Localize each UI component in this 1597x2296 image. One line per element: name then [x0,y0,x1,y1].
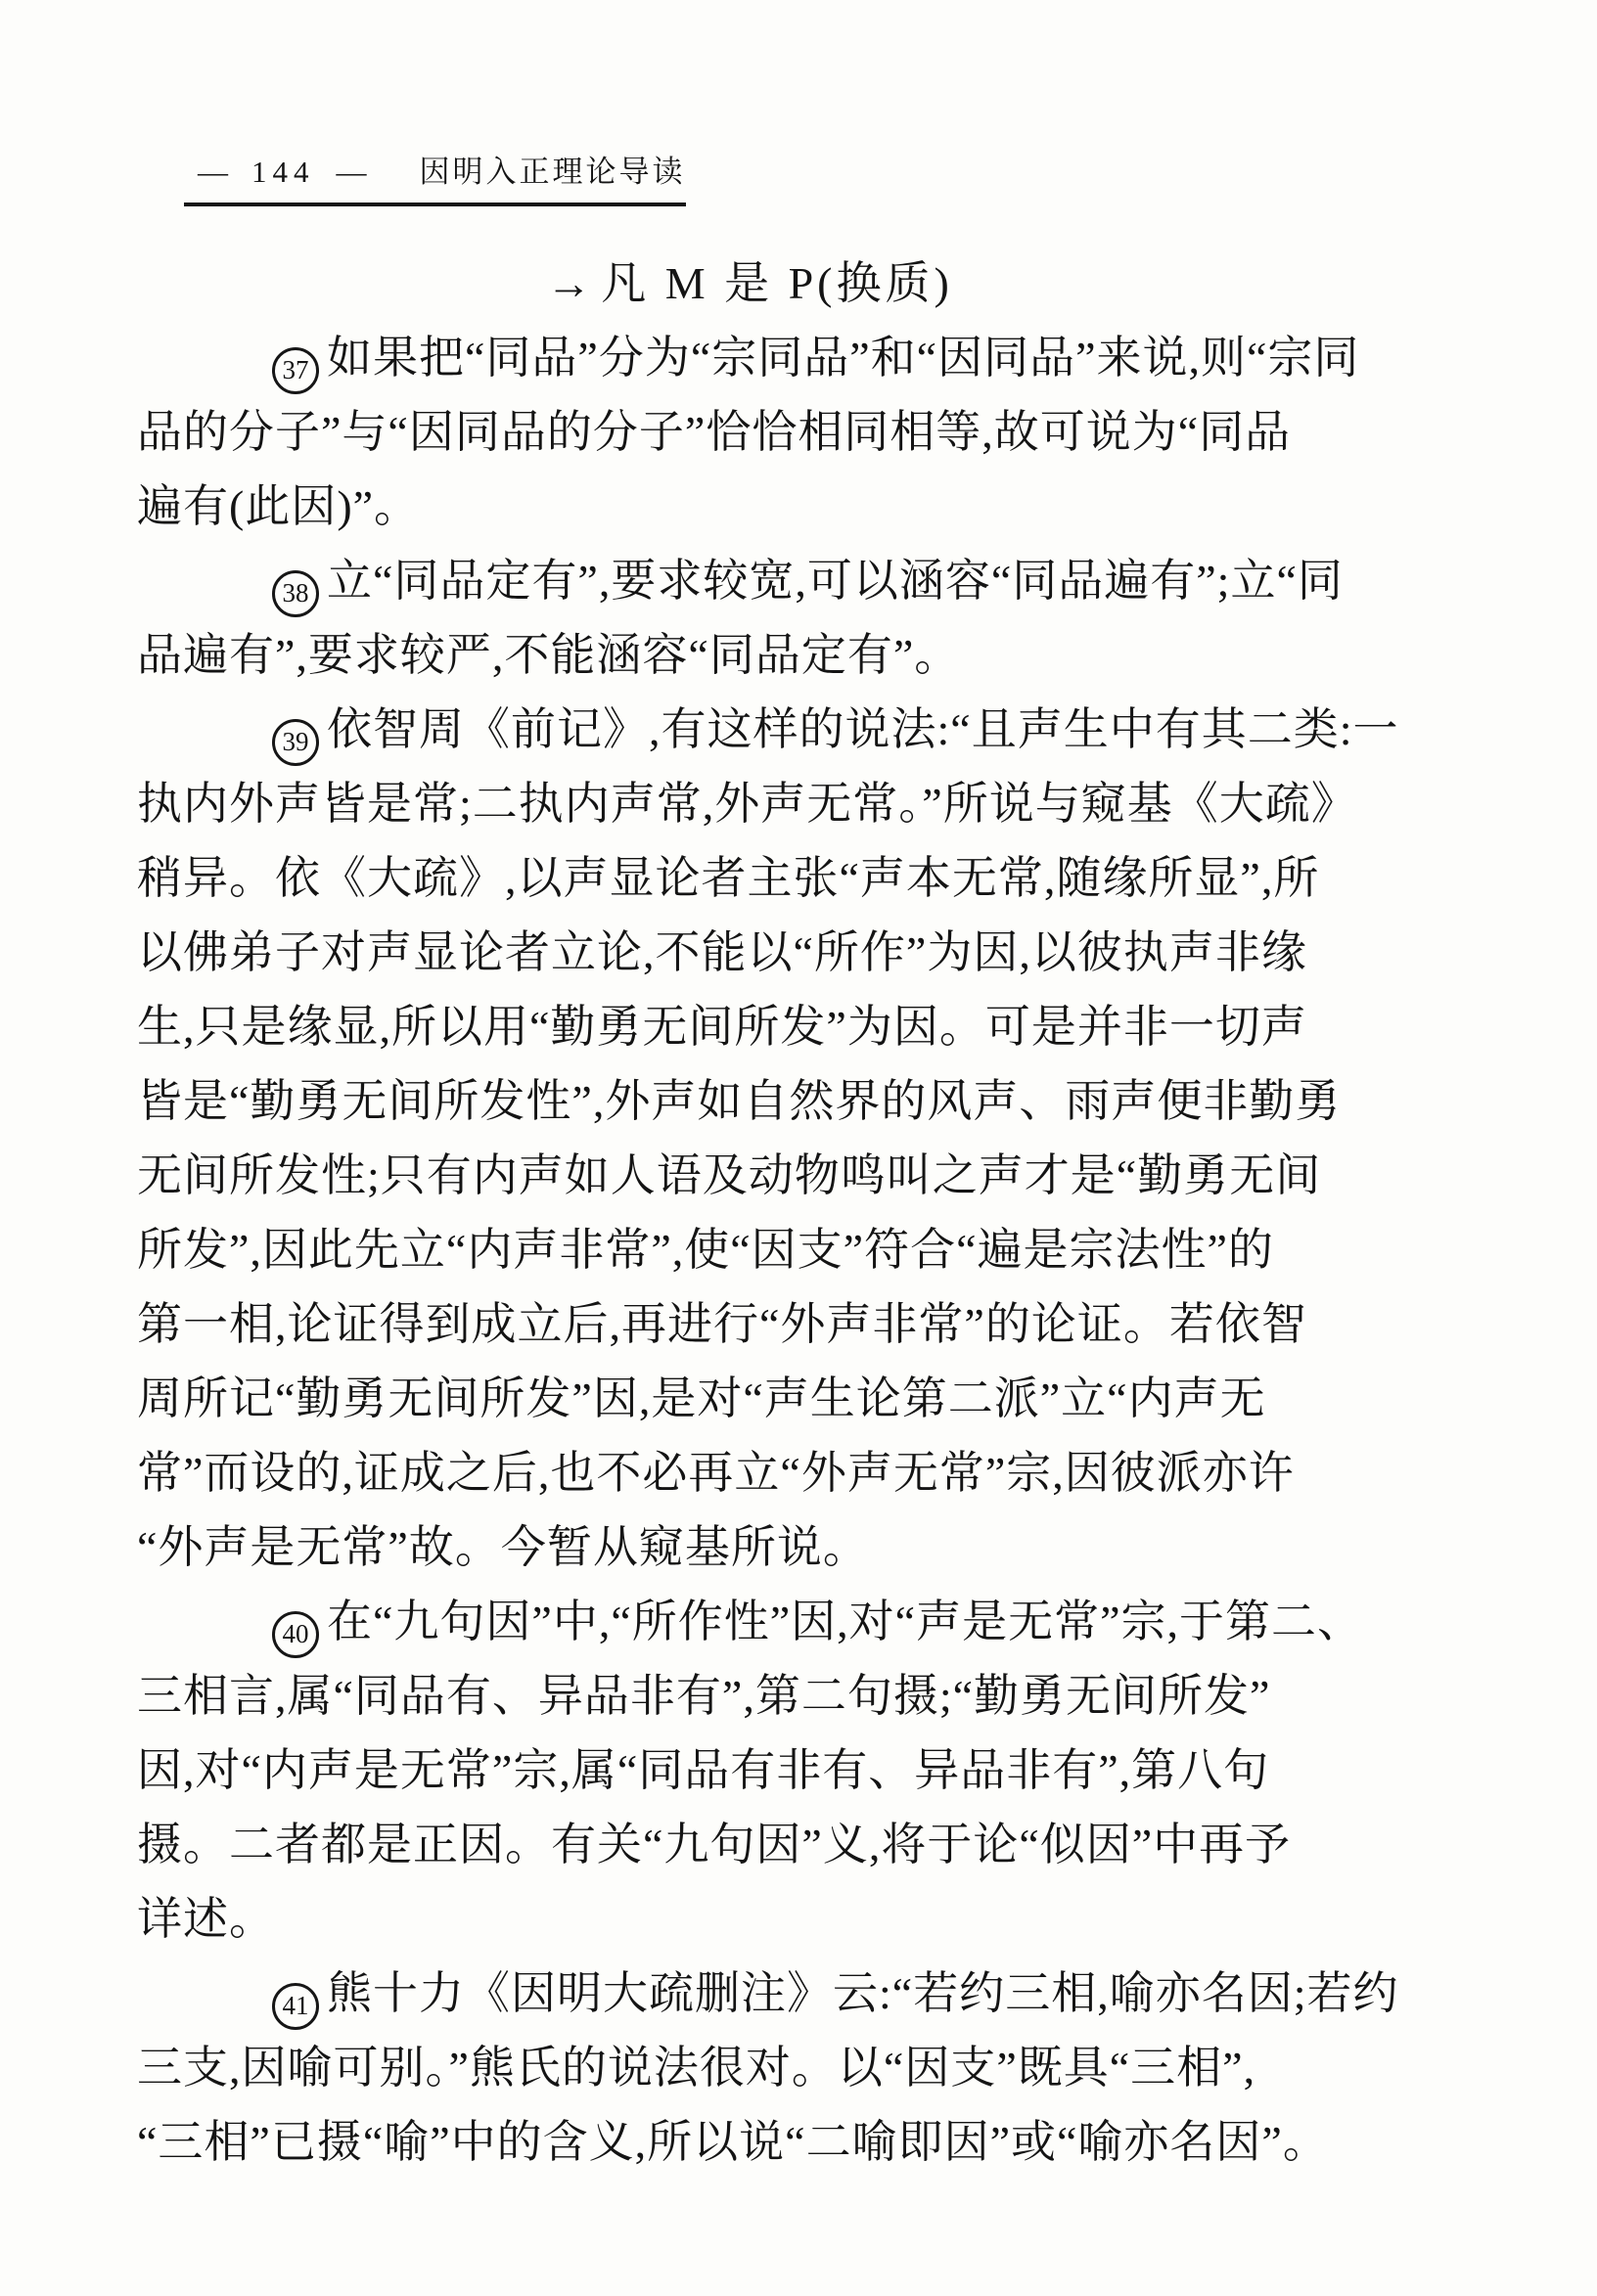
line-text: 立“同品定有”,要求较宽,可以涵容“同品遍有”;立“同 [327,556,1344,606]
text-line: 第一相,论证得到成立后,再进行“外声非常”的论证。若依智 [137,1287,1480,1362]
text-line: 品的分子”与“因同品的分子”恰恰相同相等,故可说为“同品 [137,395,1480,470]
text-line: 41熊十力《因明大疏删注》云:“若约三相,喻亦名因;若约 [137,1957,1480,2031]
page-body: →凡 M 是 P(换质) 37如果把“同品”分为“宗同品”和“因同品”来说,则“… [137,247,1480,2180]
text-line: 40在“九句因”中,“所作性”因,对“声是无常”宗,于第二、 [137,1585,1480,1659]
text-line: 三支,因喻可别。”熊氏的说法很对。以“因支”既具“三相”, [137,2031,1480,2105]
page-number: 144 [244,155,323,190]
circled-number-39-icon: 39 [272,719,319,766]
text-line: “三相”已摄“喻”中的含义,所以说“二喻即因”或“喻亦名因”。 [137,2105,1480,2180]
text-line: 常”而设的,证成之后,也不必再立“外声无常”宗,因彼派亦许 [137,1436,1480,1510]
circled-number-40-icon: 40 [272,1611,319,1658]
line-text: 如果把“同品”分为“宗同品”和“因同品”来说,则“宗同 [327,333,1359,383]
line-text: 熊十力《因明大疏删注》云:“若约三相,喻亦名因;若约 [327,1968,1398,2018]
text-line: 生,只是缘显,所以用“勤勇无间所发”为因。可是并非一切声 [137,990,1480,1064]
text-line: 所发”,因此先立“内声非常”,使“因支”符合“遍是宗法性”的 [137,1213,1480,1287]
text-line: 周所记“勤勇无间所发”因,是对“声生论第二派”立“内声无 [137,1362,1480,1436]
right-arrow-icon: → [546,247,591,321]
running-header: —144—因明入正理论导读 [184,147,686,206]
text-line: 38立“同品定有”,要求较宽,可以涵容“同品遍有”;立“同 [137,544,1480,618]
header-dash-left: — [184,155,244,190]
line-text: 依智周《前记》,有这样的说法:“且声生中有其二类:一 [327,704,1398,754]
text-line: 三相言,属“同品有、异品非有”,第二句摄;“勤勇无间所发” [137,1659,1480,1733]
circled-number-37-icon: 37 [272,347,319,394]
text-line: 品遍有”,要求较严,不能涵容“同品定有”。 [137,618,1480,693]
text-line: 皆是“勤勇无间所发性”,外声如自然界的风声、雨声便非勤勇 [137,1064,1480,1139]
text-line: 因,对“内声是无常”宗,属“同品有非有、异品非有”,第八句 [137,1733,1480,1808]
book-page: —144—因明入正理论导读 →凡 M 是 P(换质) 37如果把“同品”分为“宗… [0,0,1597,2296]
text-line: 执内外声皆是常;二执内声常,外声无常。”所说与窥基《大疏》 [137,767,1480,841]
text-line: 遍有(此因)”。 [137,470,1480,544]
text-line: 以佛弟子对声显论者立论,不能以“所作”为因,以彼执声非缘 [137,916,1480,990]
text-line: 39依智周《前记》,有这样的说法:“且声生中有其二类:一 [137,693,1480,767]
text-line: 37如果把“同品”分为“宗同品”和“因同品”来说,则“宗同 [137,321,1480,395]
circled-number-41-icon: 41 [272,1983,319,2030]
circled-number-38-icon: 38 [272,570,319,617]
text-line: 摄。二者都是正因。有关“九句因”义,将于论“似因”中再予 [137,1808,1480,1882]
text-line: 稍异。依《大疏》,以声显论者主张“声本无常,随缘所显”,所 [137,841,1480,916]
line-text: 在“九句因”中,“所作性”因,对“声是无常”宗,于第二、 [327,1597,1363,1646]
header-dash-right: — [323,155,383,190]
text-line: “外声是无常”故。今暂从窥基所说。 [137,1510,1480,1585]
formula-line: →凡 M 是 P(换质) [137,247,1480,321]
text-line: 详述。 [137,1882,1480,1957]
book-title: 因明入正理论导读 [420,147,686,191]
formula-text: 凡 M 是 P(换质) [601,258,953,308]
text-line: 无间所发性;只有内声如人语及动物鸣叫之声才是“勤勇无间 [137,1139,1480,1213]
